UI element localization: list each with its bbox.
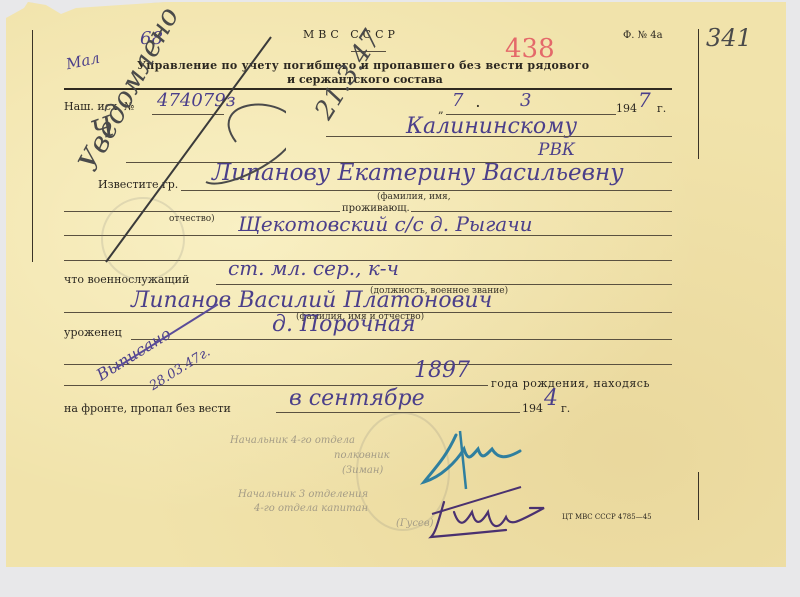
left-margin-line <box>32 30 33 262</box>
native-line-2 <box>64 364 672 365</box>
annotation-red-number: 438 <box>505 34 555 64</box>
date-year-prefix: 194 <box>616 102 637 115</box>
date-year-unit: г. <box>657 102 666 115</box>
date-dot: · <box>476 100 480 113</box>
addressee-line <box>326 136 672 137</box>
missing-label: на фронте, пропал без вести <box>64 402 231 415</box>
birth-year-value: 1897 <box>414 358 470 383</box>
date-day: 7 <box>452 90 463 111</box>
addressee-line-2: РВК <box>538 140 575 160</box>
date-year-suffix: 7 <box>638 88 651 112</box>
missing-year-suffix: 4 <box>544 386 558 411</box>
chief-name: (Зиман) <box>342 465 383 476</box>
native-label: уроженец <box>64 326 122 339</box>
serviceman-name-value: Липанов Василий Платонович <box>131 288 492 313</box>
date-month: 3 <box>520 90 531 111</box>
missing-month-value: в сентябре <box>289 386 425 411</box>
deputy-dept: 4-го отдела капитан <box>254 503 368 514</box>
serviceman-position-line <box>216 284 672 285</box>
chief-label: Начальник 4-го отдела <box>230 435 355 446</box>
native-value: д. Порочная <box>272 312 416 337</box>
document-sheet: МВС СССР Ф. № 4а Управление по учету пог… <box>6 2 786 567</box>
right-margin-line <box>698 29 699 159</box>
annotation-corner-number: 341 <box>706 24 752 52</box>
print-code: ЦТ МВС СССР 4785—45 <box>562 513 652 521</box>
deputy-signature <box>426 482 556 542</box>
native-line <box>131 339 672 340</box>
pencil-strike-line <box>86 32 286 272</box>
notify-hint: (фамилия, имя, <box>377 192 451 202</box>
birth-suffix: года рождения, находясь <box>491 377 650 390</box>
missing-year-prefix: 194 <box>522 402 543 415</box>
form-number: Ф. № 4а <box>623 30 663 41</box>
missing-year-unit: г. <box>561 402 570 415</box>
chief-rank: полковник <box>334 450 390 461</box>
deputy-label: Начальник 3 отделения <box>238 489 368 500</box>
right-margin-line-lower <box>698 472 699 520</box>
annotation-stamp-note-date: 28.03.47г. <box>147 345 213 394</box>
